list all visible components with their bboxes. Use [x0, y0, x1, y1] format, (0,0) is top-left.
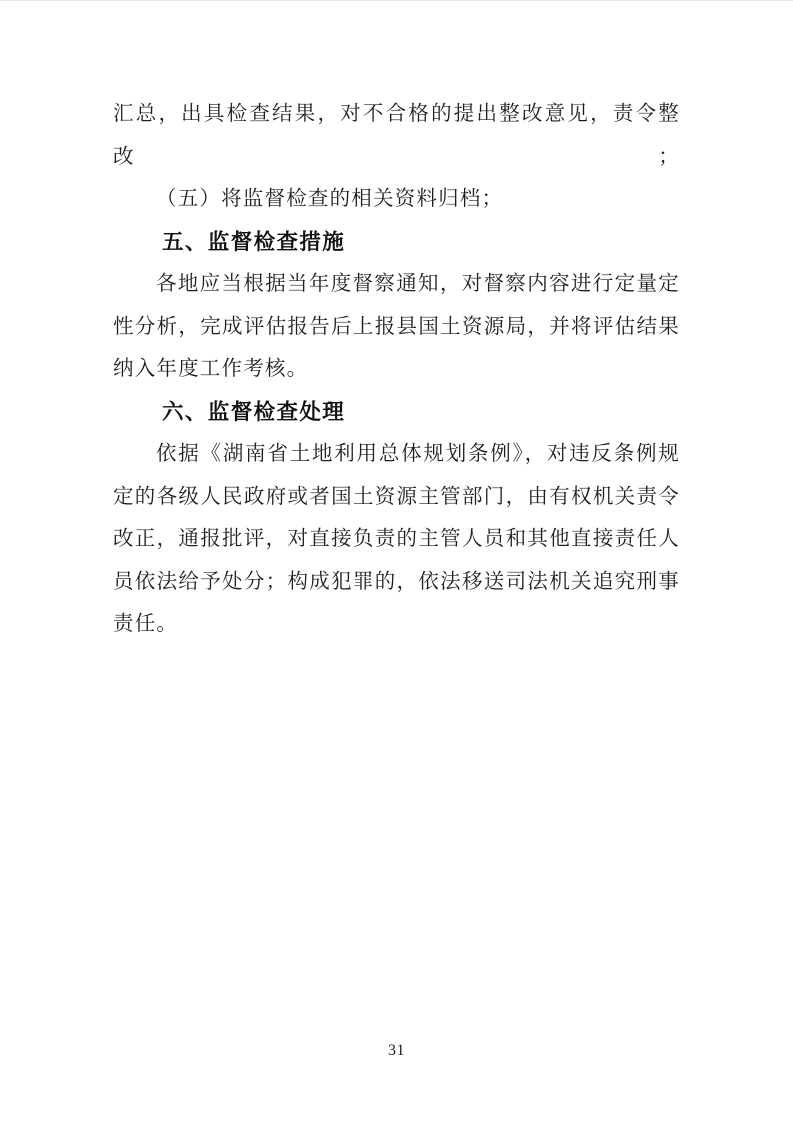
- document-page: 汇总，出具检查结果，对不合格的提出整改意见，责令整改； （五）将监督检查的相关资…: [0, 0, 793, 1122]
- section-heading-5: 五、监督检查措施: [113, 221, 680, 264]
- paragraph-measures: 各地应当根据当年度督察通知，对督察内容进行定量定 性分析，完成评估报告后上报县国…: [113, 263, 680, 391]
- paragraph-handling: 依据《湖南省土地利用总体规划条例》，对违反条例规 定的各级人民政府或者国土资源主…: [113, 433, 680, 646]
- text-line: 纳入年度工作考核。: [113, 348, 680, 391]
- text-line: 性分析，完成评估报告后上报县国土资源局，并将评估结果: [113, 306, 680, 349]
- text-line: （五）将监督检查的相关资料归档；: [113, 178, 680, 221]
- page-number: 31: [0, 1042, 793, 1060]
- text-line: 定的各级人民政府或者国土资源主管部门，由有权机关责令: [113, 476, 680, 519]
- text-line: 改正，通报批评，对直接负责的主管人员和其他直接责任人: [113, 518, 680, 561]
- text-line: 依据《湖南省土地利用总体规划条例》，对违反条例规: [113, 433, 680, 476]
- section-heading: 六、监督检查处理: [113, 391, 680, 434]
- paragraph-continuation: 汇总，出具检查结果，对不合格的提出整改意见，责令整改；: [113, 93, 680, 178]
- text-line: 责任。: [113, 603, 680, 646]
- text-line: 员依法给予处分；构成犯罪的，依法移送司法机关追究刑事: [113, 561, 680, 604]
- text-line: 各地应当根据当年度督察通知，对督察内容进行定量定: [113, 263, 680, 306]
- section-heading-6: 六、监督检查处理: [113, 391, 680, 434]
- section-heading: 五、监督检查措施: [113, 221, 680, 264]
- text-line: 汇总，出具检查结果，对不合格的提出整改意见，责令整改；: [113, 93, 680, 178]
- paragraph-item-5: （五）将监督检查的相关资料归档；: [113, 178, 680, 221]
- document-body: 汇总，出具检查结果，对不合格的提出整改意见，责令整改； （五）将监督检查的相关资…: [113, 93, 680, 646]
